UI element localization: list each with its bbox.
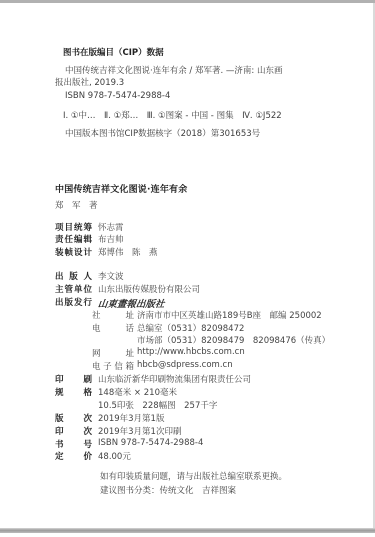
cip-block: 图书在版编目（CIP）数据 中国传统吉祥文化图说·连年有余 / 郑军著. —济南… [55, 48, 345, 140]
colophon-row: 10.5印张 228幅图 257千字 [55, 399, 367, 412]
colophon-row: 印刷 山东临沂新华印刷物流集团有限责任公司 [55, 373, 367, 386]
colophon-row-label: 电话 [92, 322, 134, 334]
colophon-row: 网址 http://www.hbcbs.com.cn [55, 347, 367, 360]
colophon-row: 出版人 李文波 [55, 270, 367, 283]
colophon-row-label: 印次 [55, 425, 92, 437]
colophon-row-value: 2019年3月第1版 [98, 412, 164, 424]
colophon-row-value: 总编室（0531）82098472 [137, 322, 244, 334]
staff-row: 责任编辑 布吉帅 [55, 233, 355, 245]
staff-row: 装帧设计 郑博伟 陈 燕 [55, 246, 355, 258]
colophon-row-label: 规格 [55, 386, 92, 398]
book-title: 中国传统吉祥文化图说·连年有余 [55, 182, 355, 195]
colophon-row-label: 定价 [55, 450, 92, 462]
colophon-row-value: 山东临沂新华印刷物流集团有限责任公司 [98, 373, 251, 385]
staff-row: 项目统筹 怀志霄 [55, 221, 355, 233]
publisher-script-name: 山東畫報出版社 [97, 296, 165, 310]
colophon-row: 规格 148毫米 × 210毫米 [55, 386, 367, 399]
colophon: 出版人 李文波 主管单位 山东出版传媒股份有限公司 出版发行 山東畫報出版社 社… [55, 270, 367, 463]
book-author: 郑 军 著 [55, 199, 355, 211]
cip-heading: 图书在版编目（CIP）数据 [55, 48, 345, 58]
colophon-row: 版次 2019年3月第1版 [55, 412, 367, 425]
colophon-row: 出版发行 山東畫報出版社 [55, 296, 367, 309]
copyright-page: 图书在版编目（CIP）数据 中国传统吉祥文化图说·连年有余 / 郑军著. —济南… [0, 0, 375, 537]
colophon-row-value: hbcb@sdpress.com.cn [137, 360, 233, 370]
cip-entry-line-2: 报出版社, 2019.3 [55, 78, 345, 90]
colophon-row-label: 出版发行 [55, 296, 92, 308]
staff-label: 责任编辑 [55, 233, 92, 245]
cip-isbn: ISBN 978-7-5474-2988-4 [55, 91, 345, 103]
colophon-row-value: 李文波 [98, 270, 124, 282]
colophon-row-value: ISBN 978-7-5474-2988-4 [98, 438, 203, 448]
staff-list: 项目统筹 怀志霄 责任编辑 布吉帅 装帧设计 郑博伟 陈 燕 [55, 221, 355, 258]
book-title-block: 中国传统吉祥文化图说·连年有余 郑 军 著 [55, 182, 355, 211]
colophon-row-label: 书号 [55, 438, 92, 450]
note-quality: 如有印装质量问题，请与出版社总编室联系更换。 [100, 470, 360, 484]
colophon-row-value: 济南市市中区英雄山路189号B座 邮编 250002 [137, 309, 322, 321]
colophon-row: 市场部（0531）82098479 82098476（传真） [55, 334, 367, 347]
staff-label: 装帧设计 [55, 246, 92, 258]
colophon-row-label: 主管单位 [55, 283, 92, 295]
colophon-row-label: 网址 [92, 347, 134, 359]
colophon-row-label: 社址 [92, 309, 134, 321]
colophon-row: 电子信箱 hbcb@sdpress.com.cn [55, 360, 367, 373]
cip-record-number: 中国版本图书馆CIP数据核字（2018）第301653号 [55, 129, 345, 141]
staff-label: 项目统筹 [55, 221, 92, 233]
colophon-row-label: 印刷 [55, 373, 92, 385]
colophon-row-value: 10.5印张 228幅图 257千字 [98, 399, 217, 411]
colophon-row: 书号 ISBN 978-7-5474-2988-4 [55, 438, 367, 451]
colophon-row-value: 市场部（0531）82098479 82098476（传真） [137, 334, 330, 346]
cip-entry-line-1: 中国传统吉祥文化图说·连年有余 / 郑军著. —济南: 山东画 [55, 66, 345, 78]
cip-classification: Ⅰ. ①中… Ⅱ. ①郑… Ⅲ. ①图案 - 中国 - 图集 Ⅳ. ①J522 [55, 111, 345, 123]
scan-edge-bottom [0, 528, 375, 533]
colophon-row: 主管单位 山东出版传媒股份有限公司 [55, 283, 367, 296]
colophon-row-label: 电子信箱 [92, 360, 134, 372]
colophon-row: 社址 济南市市中区英雄山路189号B座 邮编 250002 [55, 309, 367, 322]
scan-edge-top [0, 0, 375, 3]
colophon-row-value: 148毫米 × 210毫米 [98, 386, 177, 398]
colophon-row-value: http://www.hbcbs.com.cn [137, 347, 245, 357]
colophon-row-value: 48.00元 [98, 450, 131, 462]
colophon-row-value: 山东出版传媒股份有限公司 [98, 283, 200, 295]
colophon-row: 定价 48.00元 [55, 450, 367, 463]
note-category: 建议图书分类：传统文化 吉祥图案 [100, 484, 360, 498]
colophon-row-value: 2019年3月第1次印刷 [98, 425, 181, 437]
staff-value: 郑博伟 陈 燕 [98, 246, 158, 258]
staff-value: 布吉帅 [98, 233, 124, 245]
colophon-row-label: 版次 [55, 412, 92, 424]
colophon-row: 印次 2019年3月第1次印刷 [55, 425, 367, 438]
notes: 如有印装质量问题，请与出版社总编室联系更换。 建议图书分类：传统文化 吉祥图案 [100, 470, 360, 498]
colophon-row-label: 出版人 [55, 270, 92, 282]
colophon-row: 电话 总编室（0531）82098472 [55, 322, 367, 335]
staff-value: 怀志霄 [98, 221, 124, 233]
